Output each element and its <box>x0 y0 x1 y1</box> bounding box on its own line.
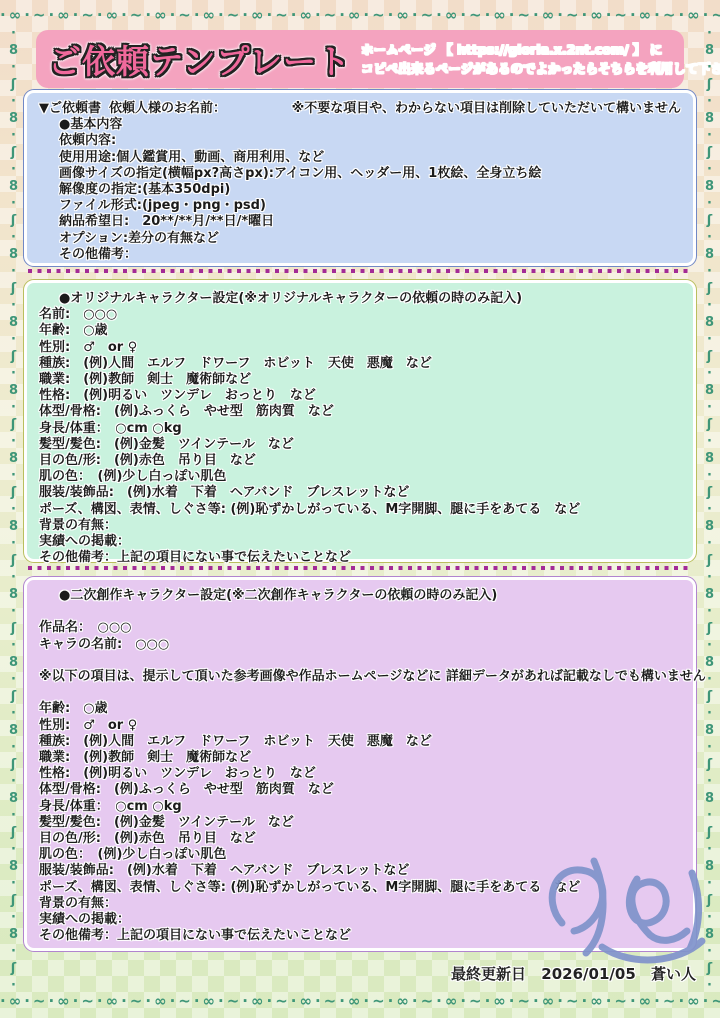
form-line: 性格: (例)明るい ツンデレ おっとり など <box>39 766 681 782</box>
form-line: 職業: (例)教師 剣士 魔術師など <box>39 750 681 766</box>
page-title: ご依頼テンプレート <box>48 36 351 83</box>
form-line: 背景の有無： <box>39 518 681 534</box>
client-name-label: 依頼人様のお名前： <box>109 101 226 117</box>
form-line: 年齢: ○歳 <box>39 323 681 339</box>
form-line: 身長/体重： ○cm ○kg <box>39 421 681 437</box>
dotted-divider <box>28 269 692 273</box>
request-form-lines: 依頼内容:使用用途:個人鑑賞用、動画、商用利用、など画像サイズの指定(横幅px?… <box>59 133 681 263</box>
form-line: 種族: (例)人間 エルフ ドワーフ ホビット 天使 悪魔 など <box>39 734 681 750</box>
form-line: 性格: (例)明るい ツンデレ おっとり など <box>39 388 681 404</box>
basic-info-section-title: ●基本内容 <box>59 117 681 133</box>
request-form-panel: ▼ご依頼書 依頼人様のお名前： ※不要な項目や、わからない項目は削除していただい… <box>24 90 696 266</box>
form-line: 体型/骨格: (例)ふっくら やせ型 筋肉質 など <box>39 404 681 420</box>
character-name-line: キャラの名前: ○○○ <box>39 637 681 653</box>
form-line: 納品希望日: 20**/**月/**日/*曜日 <box>59 214 681 230</box>
form-line: その他備考：上記の項目にない事で伝えたいことなど <box>39 550 681 566</box>
removal-note: ※不要な項目や、わからない項目は削除していただいて構いません <box>292 101 681 117</box>
form-line: ポーズ、構図、表情、しぐさ等: (例)恥ずかしがっている、M字開脚、腿に手をあて… <box>39 502 681 518</box>
form-line: 解像度の指定:(基本350dpi) <box>59 182 681 198</box>
header-subtitle: ホームページ 【 https://gloria.x.2nt.com/ 】 に コ… <box>361 40 720 79</box>
header-banner: ご依頼テンプレート ホームページ 【 https://gloria.x.2nt.… <box>36 30 684 88</box>
form-line: 画像サイズの指定(横幅px?高さpx):アイコン用、ヘッダー用、1枚絵、全身立ち… <box>59 166 681 182</box>
border-chain-left-icon: ·8·ʃ·8·ʃ·8·ʃ·8·ʃ·8·ʃ·8·ʃ·8·ʃ·8·ʃ·8·ʃ·8·ʃ… <box>3 26 21 992</box>
form-line: 服装/装飾品: (例)水着 下着 ヘアバンド ブレスレットなど <box>39 485 681 501</box>
border-chain-bottom-icon: ·∞·~·∞·~·∞·~·∞·~·∞·~·∞·~·∞·~·∞·~·∞·~·∞·~… <box>0 992 720 1012</box>
spacer <box>234 101 284 117</box>
form-line: 身長/体重： ○cm ○kg <box>39 799 681 815</box>
copy-hint-line: コピペ出来るページがあるのでよかったらそちらを利用して下さい <box>361 59 720 78</box>
homepage-url-line: ホームページ 【 https://gloria.x.2nt.com/ 】 に <box>361 40 720 59</box>
border-chain-top-icon: ·∞·~·∞·~·∞·~·∞·~·∞·~·∞·~·∞·~·∞·~·∞·~·∞·~… <box>0 6 720 26</box>
form-line: その他備考： <box>59 247 681 263</box>
form-line: 実績への掲載： <box>39 534 681 550</box>
spacer <box>39 685 681 701</box>
original-character-section-title: ●オリジナルキャラクター設定(※オリジナルキャラクターの依頼の時のみ記入) <box>59 291 681 307</box>
form-line: 依頼内容: <box>59 133 681 149</box>
form-line: 髪型/髪色: (例)金髪 ツインテール など <box>39 437 681 453</box>
dotted-divider <box>28 566 692 570</box>
form-line: 性別: ♂ or ♀ <box>39 718 681 734</box>
work-name-line: 作品名： ○○○ <box>39 620 681 636</box>
form-line: ファイル形式:(jpeg・png・psd) <box>59 198 681 214</box>
form-line: 目の色/形: (例)赤色 吊り目 など <box>39 453 681 469</box>
form-line: 年齢: ○歳 <box>39 701 681 717</box>
form-line: 髪型/髪色: (例)金髪 ツインテール など <box>39 815 681 831</box>
fan-character-section-title: ●二次創作キャラクター設定(※二次創作キャラクターの依頼の時のみ記入) <box>59 588 681 604</box>
spacer <box>39 653 681 669</box>
form-line: 肌の色： (例)少し白っぽい肌色 <box>39 469 681 485</box>
request-form-heading: ▼ご依頼書 <box>39 101 101 117</box>
last-updated-label: 最終更新日 <box>451 965 526 983</box>
form-line: 性別: ♂ or ♀ <box>39 340 681 356</box>
form-line: 職業: (例)教師 剣士 魔術師など <box>39 372 681 388</box>
form-line: 使用用途:個人鑑賞用、動画、商用利用、など <box>59 150 681 166</box>
artist-signature <box>540 845 715 970</box>
spacer <box>39 604 681 620</box>
reference-note: ※以下の項目は、提示して頂いた参考画像や作品ホームページなどに 詳細データがあれ… <box>39 669 681 685</box>
form-line: 体型/骨格: (例)ふっくら やせ型 筋肉質 など <box>39 782 681 798</box>
original-character-panel: ●オリジナルキャラクター設定(※オリジナルキャラクターの依頼の時のみ記入) 名前… <box>24 280 696 562</box>
form-line: 名前: ○○○ <box>39 307 681 323</box>
form-line: 種族: (例)人間 エルフ ドワーフ ホビット 天使 悪魔 など <box>39 356 681 372</box>
form-line: オプション:差分の有無など <box>59 231 681 247</box>
original-character-lines: 名前: ○○○年齢: ○歳性別: ♂ or ♀種族: (例)人間 エルフ ドワー… <box>39 307 681 566</box>
